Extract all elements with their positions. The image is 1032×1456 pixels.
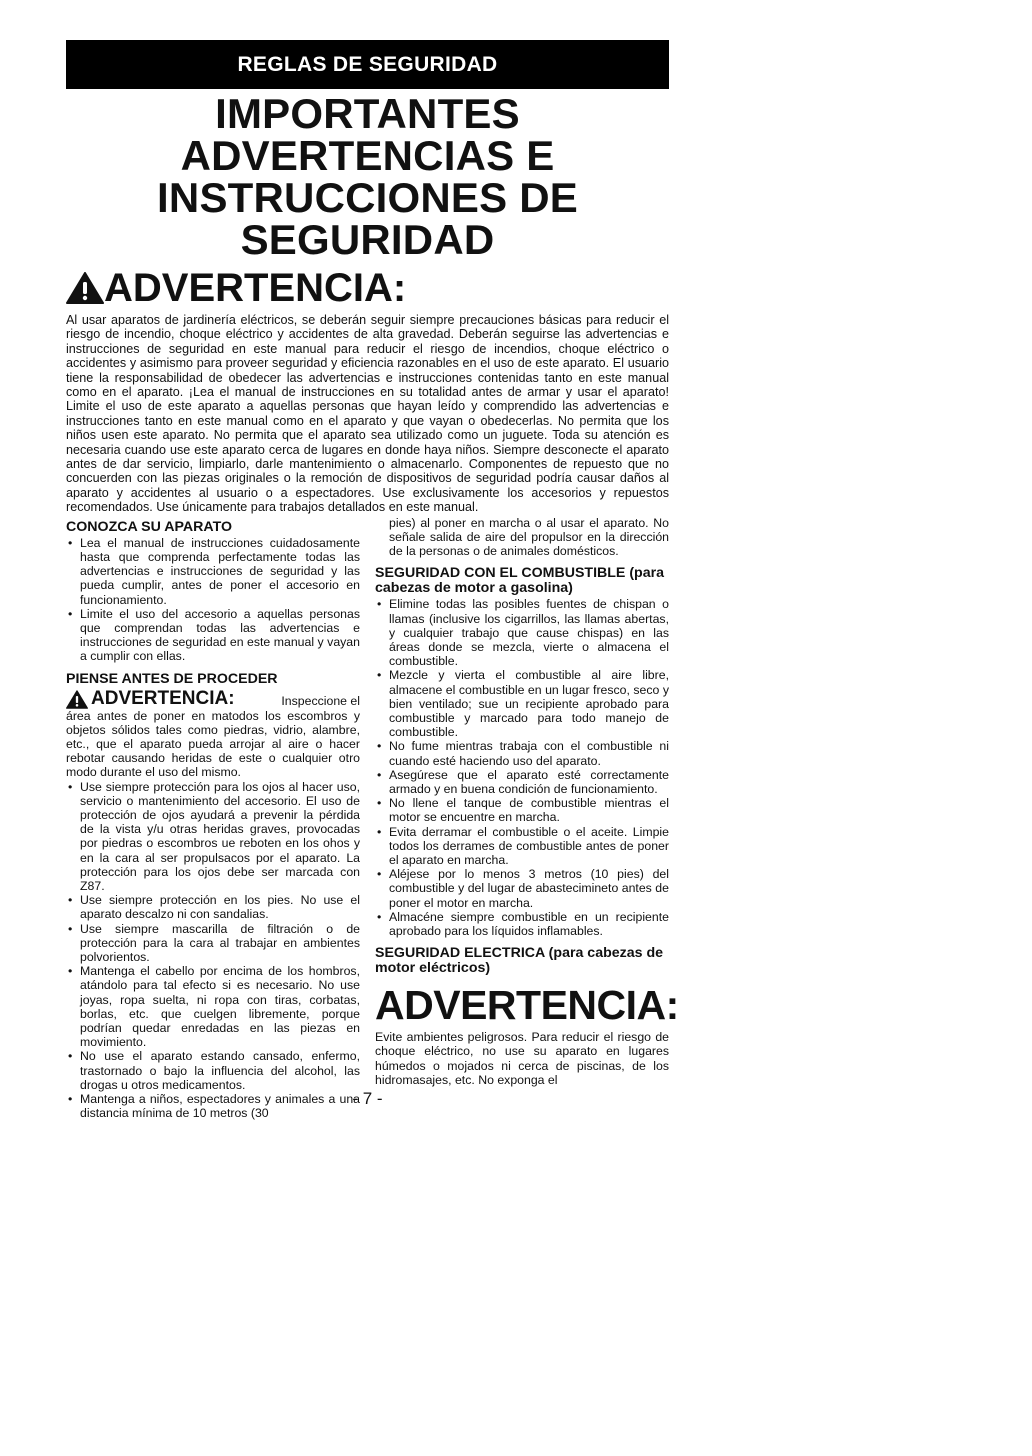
page-number: - 7 - <box>66 1089 669 1109</box>
combustible-list: Elimine todas las posibles fuentes de ch… <box>375 597 669 938</box>
section-banner: REGLAS DE SEGURIDAD <box>66 40 669 89</box>
list-item: Aléjese por lo menos 3 metros (10 pies) … <box>375 867 669 910</box>
electrica-warning-heading: ADVERTENCIA: <box>375 982 669 1028</box>
list-item: Limite el uso del accesorio a aquellas p… <box>66 607 360 664</box>
list-item: Evita derramar el combustible o el aceit… <box>375 825 669 868</box>
list-item: No fume mientras trabaja con el combusti… <box>375 739 669 767</box>
intro-paragraph: Al usar aparatos de jardinería eléctrico… <box>66 313 669 515</box>
warning-icon <box>66 690 88 709</box>
list-item: Mantenga el cabello por encima de los ho… <box>66 964 360 1049</box>
right-column: pies) al poner en marcha o al usar el ap… <box>375 516 669 1121</box>
title-line-2: INSTRUCCIONES DE SEGURIDAD <box>66 177 669 261</box>
list-item: No llene el tanque de combustible mientr… <box>375 796 669 824</box>
piense-warning-text: área antes de poner en matodos los escom… <box>66 709 360 780</box>
warning-label: ADVERTENCIA: <box>375 998 679 1012</box>
list-item: Mezcle y vierta el combustible al aire l… <box>375 668 669 739</box>
main-warning-heading: ADVERTENCIA: <box>66 265 669 311</box>
conozca-list: Lea el manual de instrucciones cuidadosa… <box>66 536 360 664</box>
title-line-1: IMPORTANTES ADVERTENCIAS E <box>66 93 669 177</box>
manual-page: REGLAS DE SEGURIDAD IMPORTANTES ADVERTEN… <box>66 40 669 1120</box>
list-item: Elimine todas las posibles fuentes de ch… <box>375 597 669 668</box>
section-title-conozca: CONOZCA SU APARATO <box>66 520 360 535</box>
section-title-combustible: SEGURIDAD CON EL COMBUSTIBLE (para cabez… <box>375 566 669 596</box>
continued-text: pies) al poner en marcha o al usar el ap… <box>375 516 669 559</box>
piense-warning: ADVERTENCIA: Inspeccione el <box>66 689 360 709</box>
section-title-electrica: SEGURIDAD ELECTRICA (para cabezas de mot… <box>375 946 669 976</box>
warning-label: ADVERTENCIA: <box>104 266 406 311</box>
page-title: IMPORTANTES ADVERTENCIAS E INSTRUCCIONES… <box>66 93 669 261</box>
list-item: Lea el manual de instrucciones cuidadosa… <box>66 536 360 607</box>
warning-label: ADVERTENCIA: <box>91 689 235 709</box>
list-item: No use el aparato estando cansado, enfer… <box>66 1049 360 1092</box>
list-item: Asegúrese que el aparato esté correctame… <box>375 768 669 796</box>
section-title-piense: PIENSE ANTES DE PROCEDER <box>66 672 360 687</box>
piense-list: Use siempre protección para los ojos al … <box>66 780 360 1121</box>
warning-first-words: Inspeccione el <box>243 693 360 709</box>
left-column: CONOZCA SU APARATO Lea el manual de inst… <box>66 516 360 1121</box>
list-item: Almacéne siempre combustible en un recip… <box>375 910 669 938</box>
two-columns: CONOZCA SU APARATO Lea el manual de inst… <box>66 516 669 1121</box>
list-item: Use siempre protección para los ojos al … <box>66 780 360 894</box>
electrica-text: Evite ambientes peligrosos. Para reducir… <box>375 1030 669 1087</box>
warning-icon <box>66 272 104 304</box>
list-item: Use siempre protección en los pies. No u… <box>66 893 360 921</box>
list-item: Use siempre mascarilla de filtración o d… <box>66 922 360 965</box>
